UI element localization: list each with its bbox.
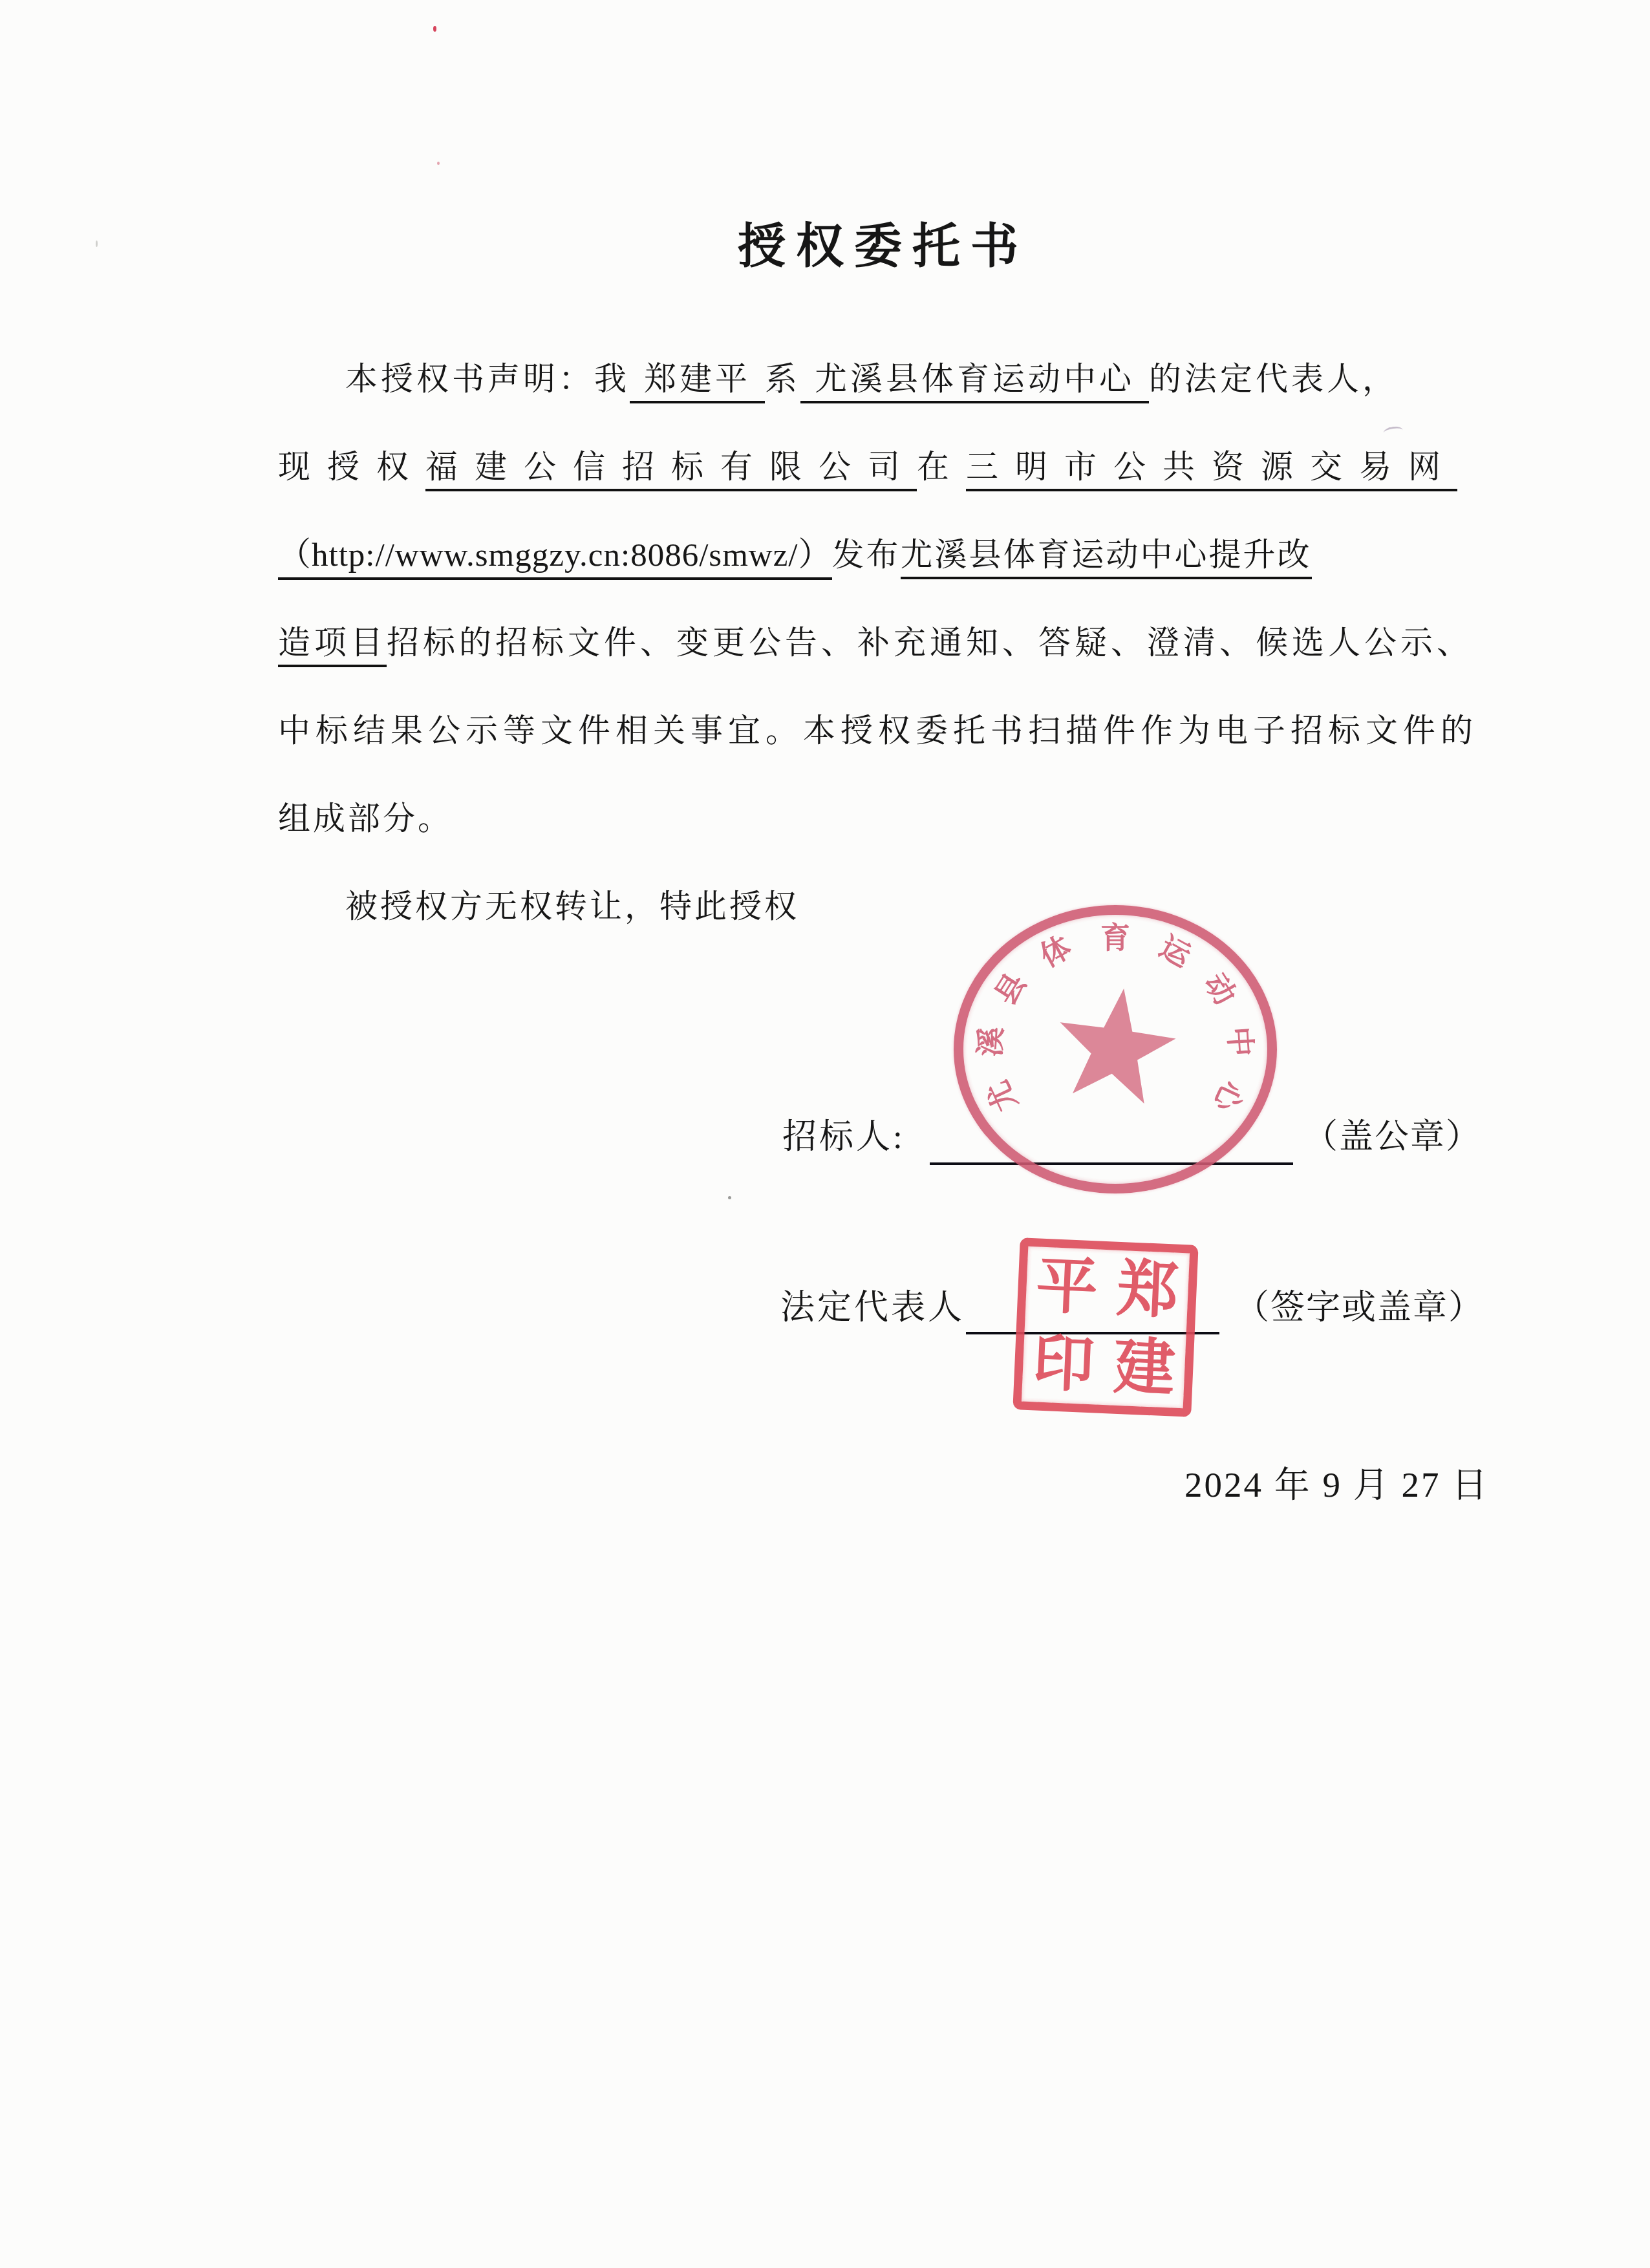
legal-rep-label: 法定代表人 <box>780 1280 965 1329</box>
underlined-url: （http://www.smggzy.cn:8086/smwz/） <box>278 537 832 580</box>
text-run: 的法定代表人， <box>1149 361 1398 397</box>
underlined-platform: 三明市公共资源交易网 <box>966 449 1457 491</box>
scan-speck <box>437 162 440 165</box>
text-run: 发布 <box>832 537 901 573</box>
paragraph-line-2: 现授权福建公信招标有限公司在三明市公共资源交易网 <box>278 423 1491 511</box>
stamp-ring-char: 中 <box>1219 1025 1264 1058</box>
text-run: 现授权 <box>278 449 425 485</box>
scan-speck <box>433 26 436 32</box>
name-seal-char: 印 <box>1031 1332 1095 1396</box>
stamp-ring-char: 溪 <box>967 1025 1011 1058</box>
document-date: 2024 年 9 月 27 日 <box>1184 1456 1489 1507</box>
text-run: 中标结果公示等文件相关事宜。本授权委托书扫描件作为电子招标文件的 <box>278 712 1478 749</box>
stamp-ring-char: 育 <box>1100 914 1130 957</box>
text-run: 在 <box>917 449 966 485</box>
text-run: 招标的招标文件、变更公告、补充通知、答疑、澄清、候选人公示、 <box>387 625 1473 661</box>
name-seal-char: 建 <box>1112 1336 1176 1400</box>
bidder-label: 招标人: <box>782 1109 905 1159</box>
scan-speck <box>96 241 98 247</box>
legal-rep-note: （签字或盖章） <box>1235 1280 1484 1329</box>
underlined-project-cont: 造项目 <box>278 625 387 667</box>
body-paragraph: 本授权书声明：我郑建平系尤溪县体育运动中心的法定代表人， 现授权福建公信招标有限… <box>278 335 1491 950</box>
underlined-agency: 福建公信招标有限公司 <box>425 449 917 491</box>
document-title: 授权委托书 <box>278 208 1488 277</box>
star-icon <box>1042 976 1188 1122</box>
scanned-document-page: 授权委托书 本授权书声明：我郑建平系尤溪县体育运动中心的法定代表人， 现授权福建… <box>0 0 1650 2268</box>
text-run: 本授权书声明：我 <box>345 361 630 397</box>
bidder-note: （盖公章） <box>1303 1109 1481 1159</box>
paragraph-line-1: 本授权书声明：我郑建平系尤溪县体育运动中心的法定代表人， <box>278 335 1491 423</box>
official-round-stamp: 尤溪县体育运动中心 <box>954 905 1277 1193</box>
name-seal-char: 郑 <box>1116 1258 1180 1322</box>
scan-speck <box>728 1196 731 1199</box>
paragraph-line-5: 中标结果公示等文件相关事宜。本授权委托书扫描件作为电子招标文件的 <box>278 687 1491 775</box>
paragraph-line-7: 被授权方无权转让，特此授权 <box>278 862 1491 950</box>
legal-rep-name-seal: 平郑印建 <box>1012 1237 1198 1417</box>
underlined-name: 郑建平 <box>630 361 765 403</box>
underlined-project: 尤溪县体育运动中心提升改 <box>901 537 1312 579</box>
paragraph-line-4: 造项目招标的招标文件、变更公告、补充通知、答疑、澄清、候选人公示、 <box>278 599 1491 687</box>
underlined-org: 尤溪县体育运动中心 <box>800 361 1149 403</box>
text-run: 组成部分。 <box>278 800 453 837</box>
paragraph-line-6: 组成部分。 <box>278 775 1491 862</box>
name-seal-char: 平 <box>1035 1255 1099 1319</box>
text-run: 系 <box>765 361 800 397</box>
paragraph-line-3: （http://www.smggzy.cn:8086/smwz/）发布尤溪县体育… <box>278 511 1491 599</box>
text-run: 被授权方无权转让，特此授权 <box>345 888 799 925</box>
